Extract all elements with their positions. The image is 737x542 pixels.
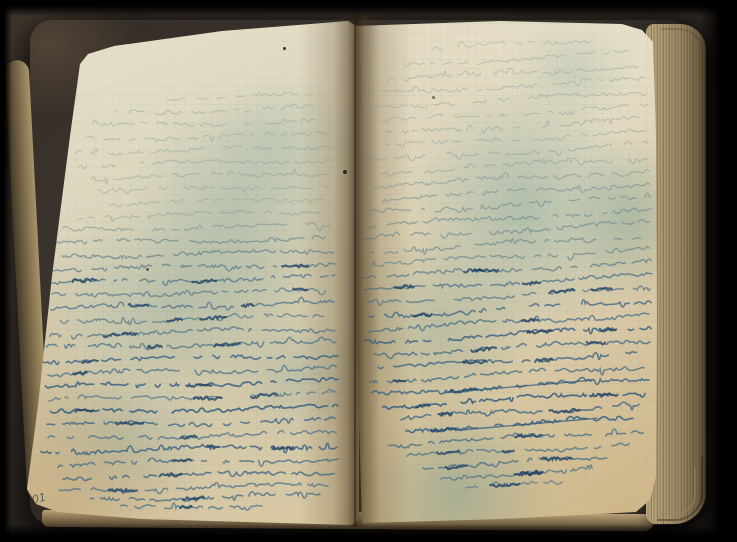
right-page bbox=[350, 16, 662, 528]
notebook-photo: 01 11 bbox=[0, 0, 737, 542]
handwriting-right bbox=[350, 16, 662, 528]
page-stack-corner-arc bbox=[661, 467, 696, 515]
ink-speck bbox=[343, 170, 347, 174]
binding-gutter bbox=[334, 13, 378, 527]
ink-speck bbox=[146, 268, 149, 271]
gutter-crease bbox=[354, 13, 356, 527]
page-stack-corner-arc bbox=[661, 28, 703, 84]
ink-speck bbox=[283, 47, 286, 50]
ink-speck bbox=[432, 96, 435, 99]
